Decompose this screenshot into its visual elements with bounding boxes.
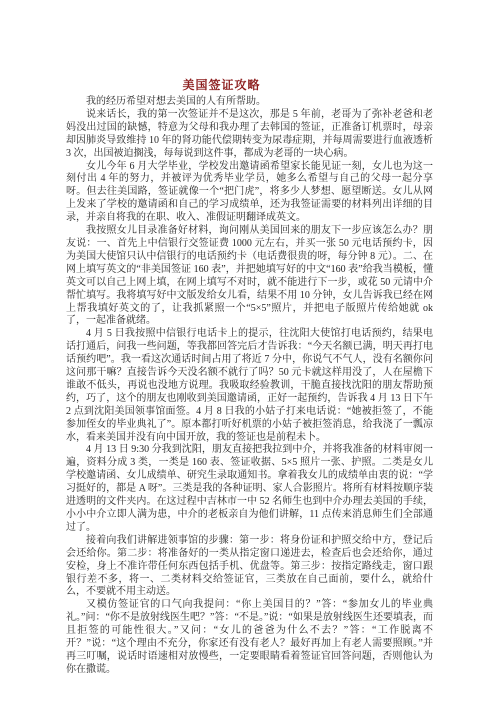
paragraph-preparation-steps: 我按照女儿目录准备好材料，询问刚从美国回来的朋友下一步应该怎么办？朋友说：一、首…: [66, 225, 433, 328]
paragraph-phone-appointment: 4 月 5 日我按照中信银行电话卡上的提示，往沈阳大使馆打电话预约，结果电话打通…: [66, 328, 433, 444]
paragraph-first-visa-story: 说来话长，我的第一次签证并不是这次，那是 5 年前，老哥为了弥补老爸和老妈没出过…: [66, 109, 433, 161]
paragraph-mock-interview: 又模仿签证官的口气向我提问：“你上美国目的？”答：“参加女儿的毕业典礼。”问：“…: [66, 599, 433, 676]
paragraph-daughter-graduation: 女儿今年 6 月大学毕业，学校发出邀请函希望家长能见证一刻，女儿也为这一刻付出 …: [66, 161, 433, 226]
paragraph-agency-materials: 4 月 13 日 9:30 分我到沈阳，朋友直接把我拉到中介，并将我准备的材料审…: [66, 444, 433, 534]
document-page: 美国签证攻略 我的经历希望对想去美国的人有所帮助。 说来话长，我的第一次签证并不…: [0, 0, 496, 702]
paragraph-consulate-steps: 接着向我们讲解进领事馆的步骤：第一步：将身份证和护照交给中方，登记后会还给你。第…: [66, 535, 433, 600]
paragraph-intro: 我的经历希望对想去美国的人有所帮助。: [66, 96, 433, 109]
document-title: 美国签证攻略: [66, 78, 433, 92]
